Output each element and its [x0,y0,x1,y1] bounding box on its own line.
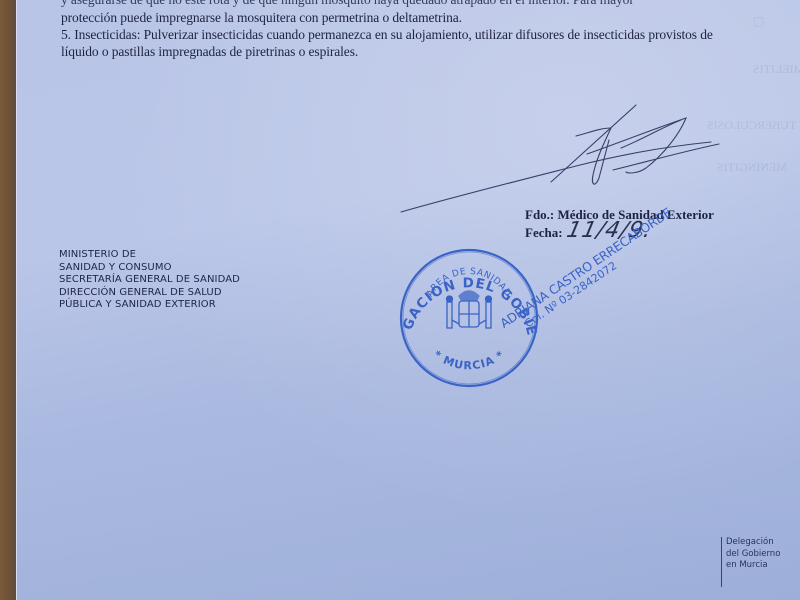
body-text-line: líquido o pastillas impregnadas de piret… [61,43,358,60]
date-label: Fecha: [525,225,563,241]
body-text-line: protección puede impregnarse la mosquite… [61,9,462,26]
show-through-text: POLIOMIELITIS [753,62,800,77]
ministry-header: MINISTERIO DE SANIDAD Y CONSUMO SECRETAR… [59,249,240,312]
coat-of-arms-icon [447,291,492,328]
ministry-line: PÚBLICA Y SANIDAD EXTERIOR [59,299,240,312]
body-text-line: y asegurarse de que no esté rota y de qu… [61,0,634,8]
show-through-text: ▢ [753,14,764,29]
ministry-line: MINISTERIO DE [59,249,240,262]
footer-logo: Delegación del Gobierno en Murcia [721,537,780,587]
handwritten-signature [381,100,741,220]
ministry-line: SECRETARÍA GENERAL DE SANIDAD [59,274,240,287]
footer-logo-line: en Murcia [726,560,780,572]
body-text-line: 5. Insecticidas: Pulverizar insecticidas… [61,26,713,43]
svg-text:* MURCIA *: * MURCIA * [431,348,507,372]
footer-logo-line: del Gobierno [726,549,780,561]
document-page: ▢ POLIOMIELITIS TUBERCULOSIS MENINGITIS … [16,0,800,600]
ministry-line: SANIDAD Y CONSUMO [59,262,240,275]
footer-logo-line: Delegación [726,537,780,549]
ministry-line: DIRECCIÓN GENERAL DE SALUD [59,287,240,300]
stamp-bottom-text: * MURCIA * [431,348,507,372]
